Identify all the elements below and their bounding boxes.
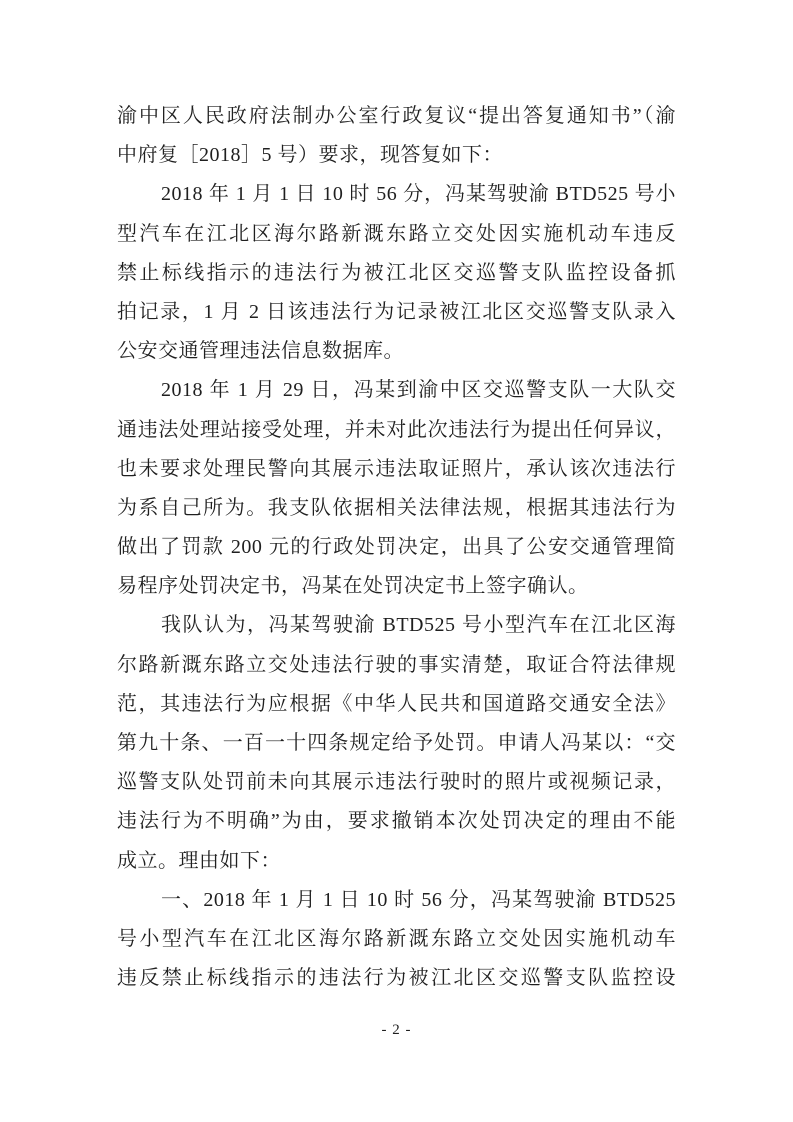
text-line: 做出了罚款 200 元的行政处罚决定，出具了公安交通管理简 [117, 528, 676, 567]
text-line: 型汽车在江北区海尔路新溉东路立交处因实施机动车违反 [117, 215, 676, 254]
text-line: 拍记录，1 月 2 日该违法行为记录被江北区交巡警支队录入 [117, 293, 676, 332]
document-page: 渝中区人民政府法制办公室行政复议“提出答复通知书”（渝中府复［2018］5 号）… [0, 0, 793, 1122]
text-line: 违法行为不明确”为由，要求撤销本次处罚决定的理由不能 [117, 802, 676, 841]
text-line: 范，其违法行为应根据《中华人民共和国道路交通安全法》 [117, 685, 676, 724]
text-line: 为系自己所为。我支队依据相关法律法规，根据其违法行为 [117, 489, 676, 528]
text-line: 第九十条、一百一十四条规定给予处罚。申请人冯某以：“交 [117, 724, 676, 763]
text-line: 成立。理由如下： [117, 842, 676, 881]
text-line: 禁止标线指示的违法行为被江北区交巡警支队监控设备抓 [117, 254, 676, 293]
text-line: 通违法处理站接受处理，并未对此次违法行为提出任何异议， [117, 411, 676, 450]
text-line: 违反禁止标线指示的违法行为被江北区交巡警支队监控设 [117, 959, 676, 998]
text-line: 尔路新溉东路立交处违法行驶的事实清楚，取证合符法律规 [117, 646, 676, 685]
text-line: 2018 年 1 月 29 日，冯某到渝中区交巡警支队一大队交 [117, 371, 676, 410]
text-line: 号小型汽车在江北区海尔路新溉东路立交处因实施机动车 [117, 920, 676, 959]
document-body: 渝中区人民政府法制办公室行政复议“提出答复通知书”（渝中府复［2018］5 号）… [117, 97, 676, 998]
text-line: 也未要求处理民警向其展示违法取证照片，承认该次违法行 [117, 450, 676, 489]
text-line: 公安交通管理违法信息数据库。 [117, 332, 676, 371]
text-line: 一、2018 年 1 月 1 日 10 时 56 分，冯某驾驶渝 BTD525 [117, 881, 676, 920]
text-line: 我队认为，冯某驾驶渝 BTD525 号小型汽车在江北区海 [117, 606, 676, 645]
page-number: - 2 - [0, 1020, 793, 1040]
text-line: 渝中区人民政府法制办公室行政复议“提出答复通知书”（渝 [117, 97, 676, 136]
text-line: 易程序处罚决定书，冯某在处罚决定书上签字确认。 [117, 567, 676, 606]
text-line: 2018 年 1 月 1 日 10 时 56 分，冯某驾驶渝 BTD525 号小 [117, 175, 676, 214]
text-line: 中府复［2018］5 号）要求，现答复如下： [117, 136, 676, 175]
text-line: 巡警支队处罚前未向其展示违法行驶时的照片或视频记录， [117, 763, 676, 802]
